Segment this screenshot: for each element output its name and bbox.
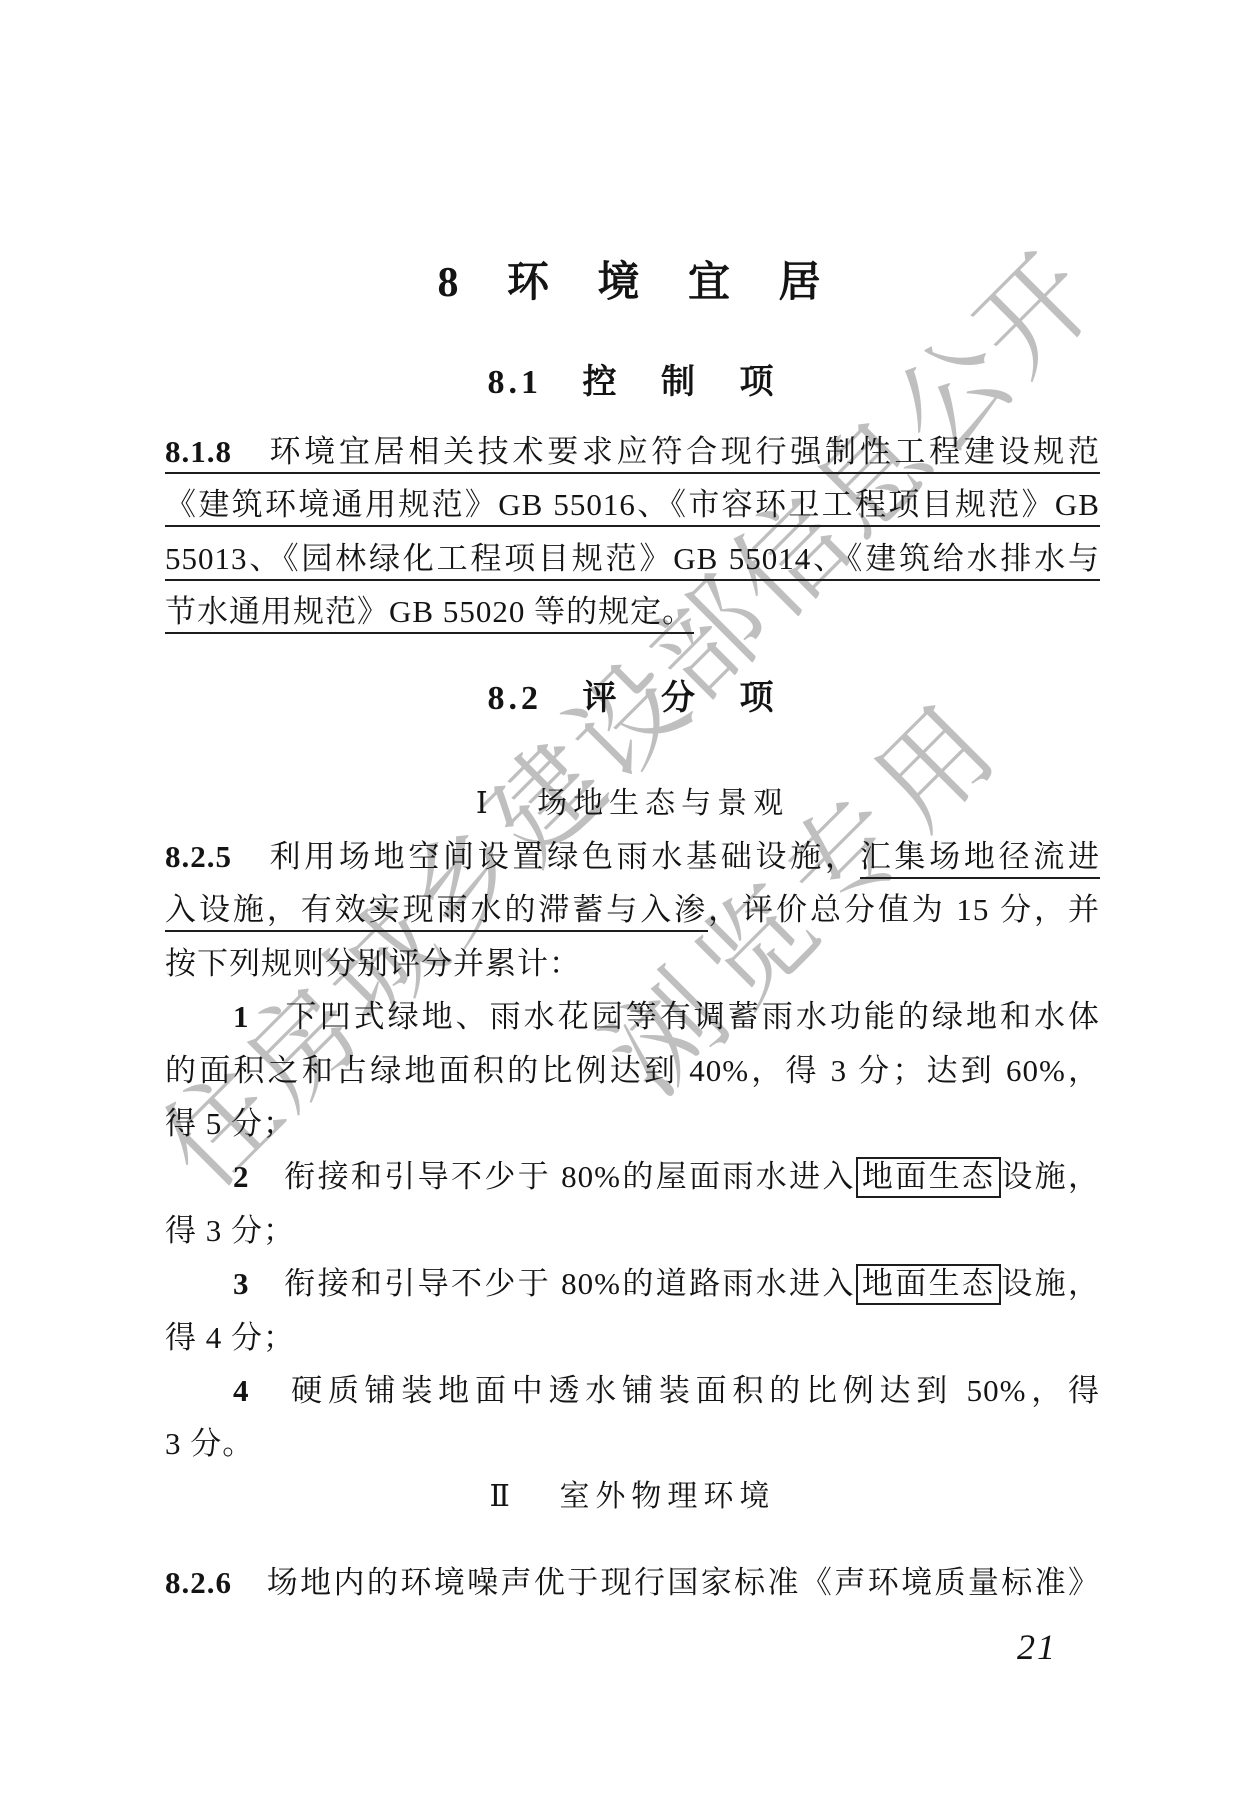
text-segment: 的面积之和占绿地面积的比例达到 40%，得 3 分；达到 60%， xyxy=(165,1053,1100,1088)
section-heading-8-1: 8.1 控 制 项 xyxy=(165,362,1100,404)
text-segment: 入设施，有效实现雨水的滞蓄与入渗 xyxy=(165,892,708,932)
text-segment: 利用场地空间设置绿色雨水基础设施， xyxy=(269,839,859,874)
text-segment: 55013、《园林绿化工程项目规范》GB 55014、《建筑给水排水与 xyxy=(165,541,1100,581)
text-segment: 设施， xyxy=(1001,1159,1100,1194)
clause-8-2-6: 8.2.6 场地内的环境噪声优于现行国家标准《声环境质量标准》 xyxy=(165,1556,1100,1609)
document-line: 8.2.5 利用场地空间设置绿色雨水基础设施，汇集场地径流进 xyxy=(165,830,1100,883)
text-segment: 4 xyxy=(233,1373,291,1408)
document-line: 3 分。 xyxy=(165,1417,1100,1470)
document-line: 的面积之和占绿地面积的比例达到 40%，得 3 分；达到 60%， xyxy=(165,1044,1100,1097)
document-line: 得 4 分； xyxy=(165,1311,1100,1364)
text-segment: 节水通用规范》GB 55020 等的规定。 xyxy=(165,594,694,634)
text-segment: 3 分。 xyxy=(165,1426,254,1461)
text-segment: 2 xyxy=(233,1159,284,1194)
document-page: { "watermark": { "line1": "住房城乡建设部信息公开",… xyxy=(0,0,1247,1804)
text-segment: 环境宜居相关技术要求应符合现行强制性工程建设规范 xyxy=(269,434,1100,474)
chapter-title: 8 环 境 宜 居 xyxy=(165,258,1100,308)
document-line: 按下列规则分别评分并累计： xyxy=(165,937,1100,990)
document-line: 4 硬质铺装地面中透水铺装面积的比例达到 50%，得 xyxy=(165,1364,1100,1417)
document-line: 8.1.8 环境宜居相关技术要求应符合现行强制性工程建设规范 xyxy=(165,425,1100,478)
document-content: 8 环 境 宜 居 8.1 控 制 项 8.2 评 分 项 Ⅰ 场地生态与景观 … xyxy=(0,0,1247,1804)
text-segment: 得 4 分； xyxy=(165,1320,295,1355)
text-segment: 得 3 分； xyxy=(165,1213,295,1248)
document-line: 3 衔接和引导不少于 80%的道路雨水进入地面生态设施， xyxy=(165,1257,1100,1310)
document-line: 2 衔接和引导不少于 80%的屋面雨水进入地面生态设施， xyxy=(165,1150,1100,1203)
text-segment: 8.2.5 xyxy=(165,839,269,874)
text-segment: 8.1.8 xyxy=(165,434,269,474)
document-line: 55013、《园林绿化工程项目规范》GB 55014、《建筑给水排水与 xyxy=(165,532,1100,585)
text-segment: 8.2.6 xyxy=(165,1565,267,1600)
clause-8-2-5: 8.2.5 利用场地空间设置绿色雨水基础设施，汇集场地径流进入设施，有效实现雨水… xyxy=(165,830,1100,1471)
document-line: 1 下凹式绿地、雨水花园等有调蓄雨水功能的绿地和水体 xyxy=(165,990,1100,1043)
clause-8-1-8: 8.1.8 环境宜居相关技术要求应符合现行强制性工程建设规范《建筑环境通用规范》… xyxy=(165,425,1100,639)
text-segment: 衔接和引导不少于 80%的道路雨水进入 xyxy=(284,1266,856,1301)
section-heading-8-2: 8.2 评 分 项 xyxy=(165,678,1100,720)
text-segment: 硬质铺装地面中透水铺装面积的比例达到 50%，得 xyxy=(291,1373,1100,1408)
text-segment: 《建筑环境通用规范》GB 55016、《市容环卫工程项目规范》GB xyxy=(165,487,1100,527)
document-line: 得 3 分； xyxy=(165,1204,1100,1257)
text-segment: 衔接和引导不少于 80%的屋面雨水进入 xyxy=(284,1159,856,1194)
text-segment: 场地内的环境噪声优于现行国家标准《声环境质量标准》 xyxy=(267,1565,1100,1600)
text-segment: 设施， xyxy=(1001,1266,1100,1301)
text-segment: ，评价总分值为 15 分，并 xyxy=(708,892,1100,927)
boxed-term: 地面生态 xyxy=(856,1157,1001,1198)
text-segment: 下凹式绿地、雨水花园等有调蓄雨水功能的绿地和水体 xyxy=(286,999,1100,1034)
text-segment: 汇集场地径流进 xyxy=(860,839,1100,879)
text-segment: 按下列规则分别评分并累计： xyxy=(165,946,581,981)
text-segment: 3 xyxy=(233,1266,284,1301)
text-segment: 1 xyxy=(233,999,286,1034)
document-line: 节水通用规范》GB 55020 等的规定。 xyxy=(165,585,1100,638)
page-number: 21 xyxy=(1017,1626,1057,1668)
subsection-heading-2: Ⅱ 室外物理环境 xyxy=(165,1478,1100,1516)
document-line: 《建筑环境通用规范》GB 55016、《市容环卫工程项目规范》GB xyxy=(165,478,1100,531)
subsection-heading-1: Ⅰ 场地生态与景观 xyxy=(165,785,1100,823)
boxed-term: 地面生态 xyxy=(856,1264,1001,1305)
document-line: 入设施，有效实现雨水的滞蓄与入渗，评价总分值为 15 分，并 xyxy=(165,883,1100,936)
document-line: 得 5 分； xyxy=(165,1097,1100,1150)
document-line: 8.2.6 场地内的环境噪声优于现行国家标准《声环境质量标准》 xyxy=(165,1556,1100,1609)
text-segment: 得 5 分； xyxy=(165,1106,295,1141)
